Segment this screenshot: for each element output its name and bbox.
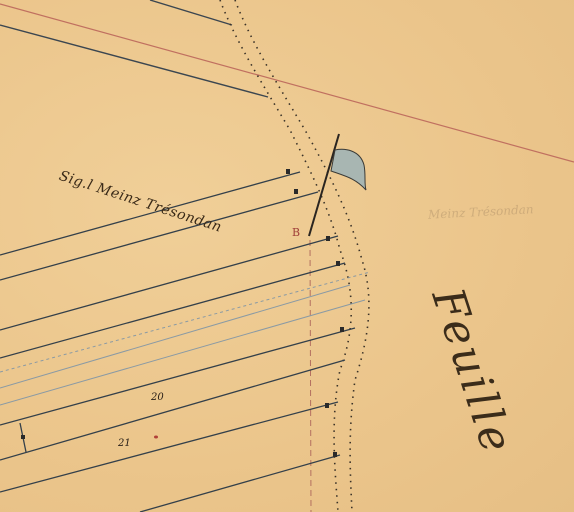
parcel-strips [0,172,355,512]
cadastral-map: Sig.l Meinz Trésondan B 20 21 Feuille Me… [0,0,574,512]
parcel-line [150,0,232,25]
flag-marker [309,134,366,236]
red-dot [154,436,158,439]
parcel-line [0,25,268,97]
dotted-road-boundary-right [235,0,369,512]
dotted-road-boundary-left [220,0,351,512]
vertical-dashed-line [310,240,311,512]
marker-b-label: B [292,226,300,239]
parcel-number-20: 20 [151,392,164,403]
red-boundary-line [0,4,574,162]
parcel-number-21: 21 [118,438,131,449]
